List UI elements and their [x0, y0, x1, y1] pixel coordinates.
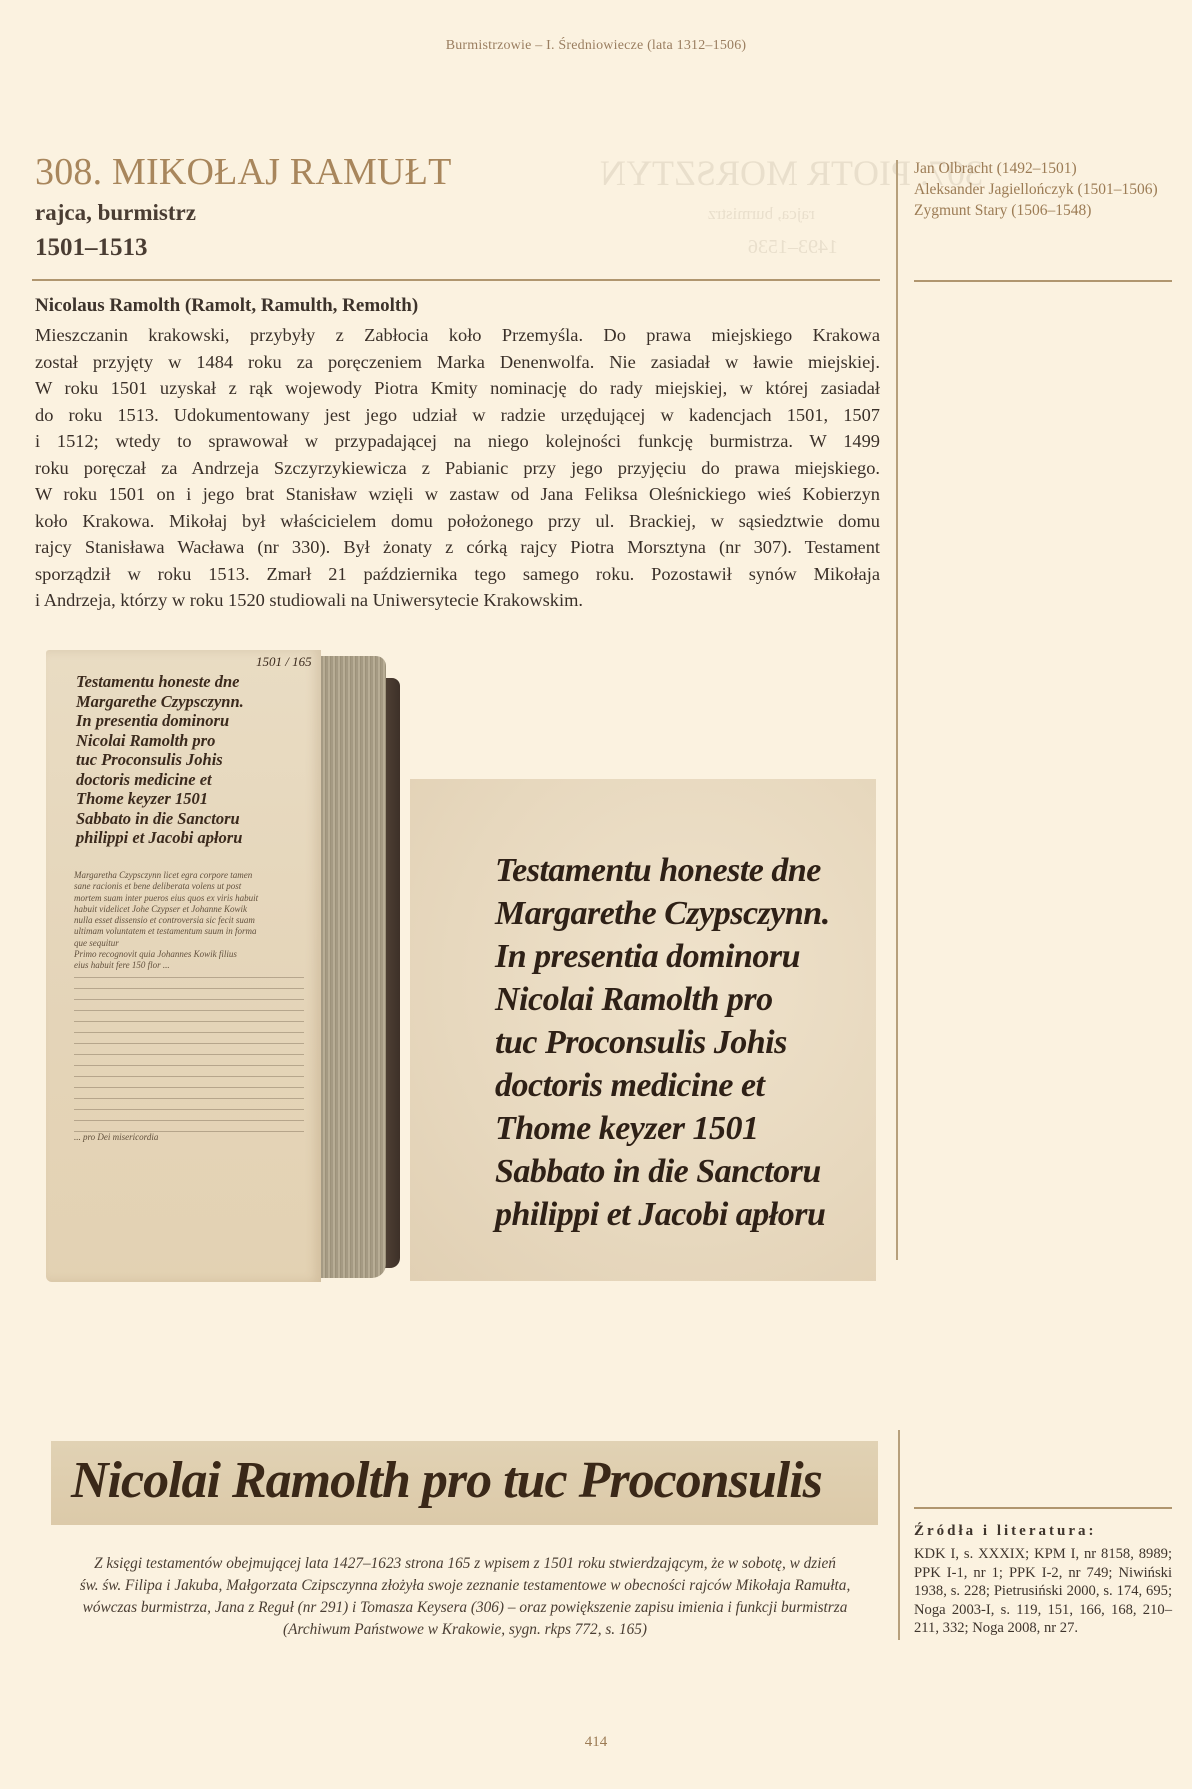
manuscript-book-photo: 1501 / 165 Testamentu honeste dne Margar…: [46, 650, 416, 1070]
figure-caption: Z księgi testamentów obejmującej lata 14…: [40, 1553, 890, 1641]
bio-line: sporządził w roku 1513. Zmarł 21 paździe…: [35, 561, 880, 588]
sidebar-divider: [914, 280, 1172, 282]
header-divider: [32, 279, 880, 281]
manuscript-page: 1501 / 165 Testamentu honeste dne Margar…: [46, 650, 321, 1282]
biography: Mieszczanin krakowski, przybyły z Zabłoc…: [35, 322, 880, 614]
bio-line: został przyjęty w 1484 roku za poręczeni…: [35, 349, 880, 376]
bio-line: W roku 1501 uzyskał z rąk wojewody Piotr…: [35, 375, 880, 402]
entry-years: 1501–1513: [35, 234, 148, 262]
latin-name: Nicolaus Ramolth (Ramolt, Ramulth, Remol…: [35, 295, 418, 317]
bio-line: W roku 1501 on i jego brat Stanisław wzi…: [35, 481, 880, 508]
monarch-item: Jan Olbracht (1492–1501): [914, 158, 1158, 179]
column-divider: [896, 160, 898, 1260]
entry-title: 308. MIKOŁAJ RAMUŁT: [35, 150, 452, 194]
bio-line: koło Krakowa. Mikołaj był właścicielem d…: [35, 508, 880, 535]
strip-text: Nicolai Ramolth pro tuc Proconsulis: [71, 1451, 822, 1510]
book-page-edges: [316, 656, 386, 1278]
sources-text: KDK I, s. XXXIX; KPM I, nr 8158, 8989; P…: [914, 1545, 1172, 1638]
entry-role: rajca, burmistrz: [35, 200, 196, 226]
monarchs-list: Jan Olbracht (1492–1501) Aleksander Jagi…: [914, 158, 1158, 221]
name-enlargement-strip: Nicolai Ramolth pro tuc Proconsulis: [51, 1441, 878, 1525]
folio-note: 1501 / 165: [256, 654, 312, 670]
bio-line: i 1512; wtedy to sprawował w przypadając…: [35, 428, 880, 455]
manuscript-body: Margaretha Czypsczynn licet egra corpore…: [74, 870, 304, 1143]
sources-divider: [914, 1507, 1172, 1509]
ghost-years: 1493–1536: [748, 236, 838, 259]
column-divider-lower: [898, 1430, 900, 1640]
detail-heading: Testamentu honeste dne Margarethe Czypsc…: [495, 849, 830, 1236]
page-number: 414: [0, 1734, 1192, 1751]
running-head: Burmistrzowie – I. Średniowiecze (lata 1…: [0, 38, 1192, 54]
sources-heading: Źródła i literatura:: [914, 1523, 1096, 1540]
monarch-item: Zygmunt Stary (1506–1548): [914, 200, 1158, 221]
bio-line: Mieszczanin krakowski, przybyły z Zabłoc…: [35, 322, 880, 349]
monarch-item: Aleksander Jagiellończyk (1501–1506): [914, 179, 1158, 200]
bio-line: do roku 1513. Udokumentowany jest jego u…: [35, 402, 880, 429]
manuscript-detail-enlargement: Testamentu honeste dne Margarethe Czypsc…: [410, 779, 876, 1281]
ghost-role: rajca, burmistrz: [708, 204, 815, 224]
manuscript-heading: Testamentu honeste dne Margarethe Czypsc…: [76, 672, 244, 848]
bio-line: i Andrzeja, którzy w roku 1520 studiowal…: [35, 587, 880, 614]
bio-line: roku poręczał za Andrzeja Szczyrzykiewic…: [35, 455, 880, 482]
bio-line: rajcy Stanisława Wacława (nr 330). Był ż…: [35, 534, 880, 561]
